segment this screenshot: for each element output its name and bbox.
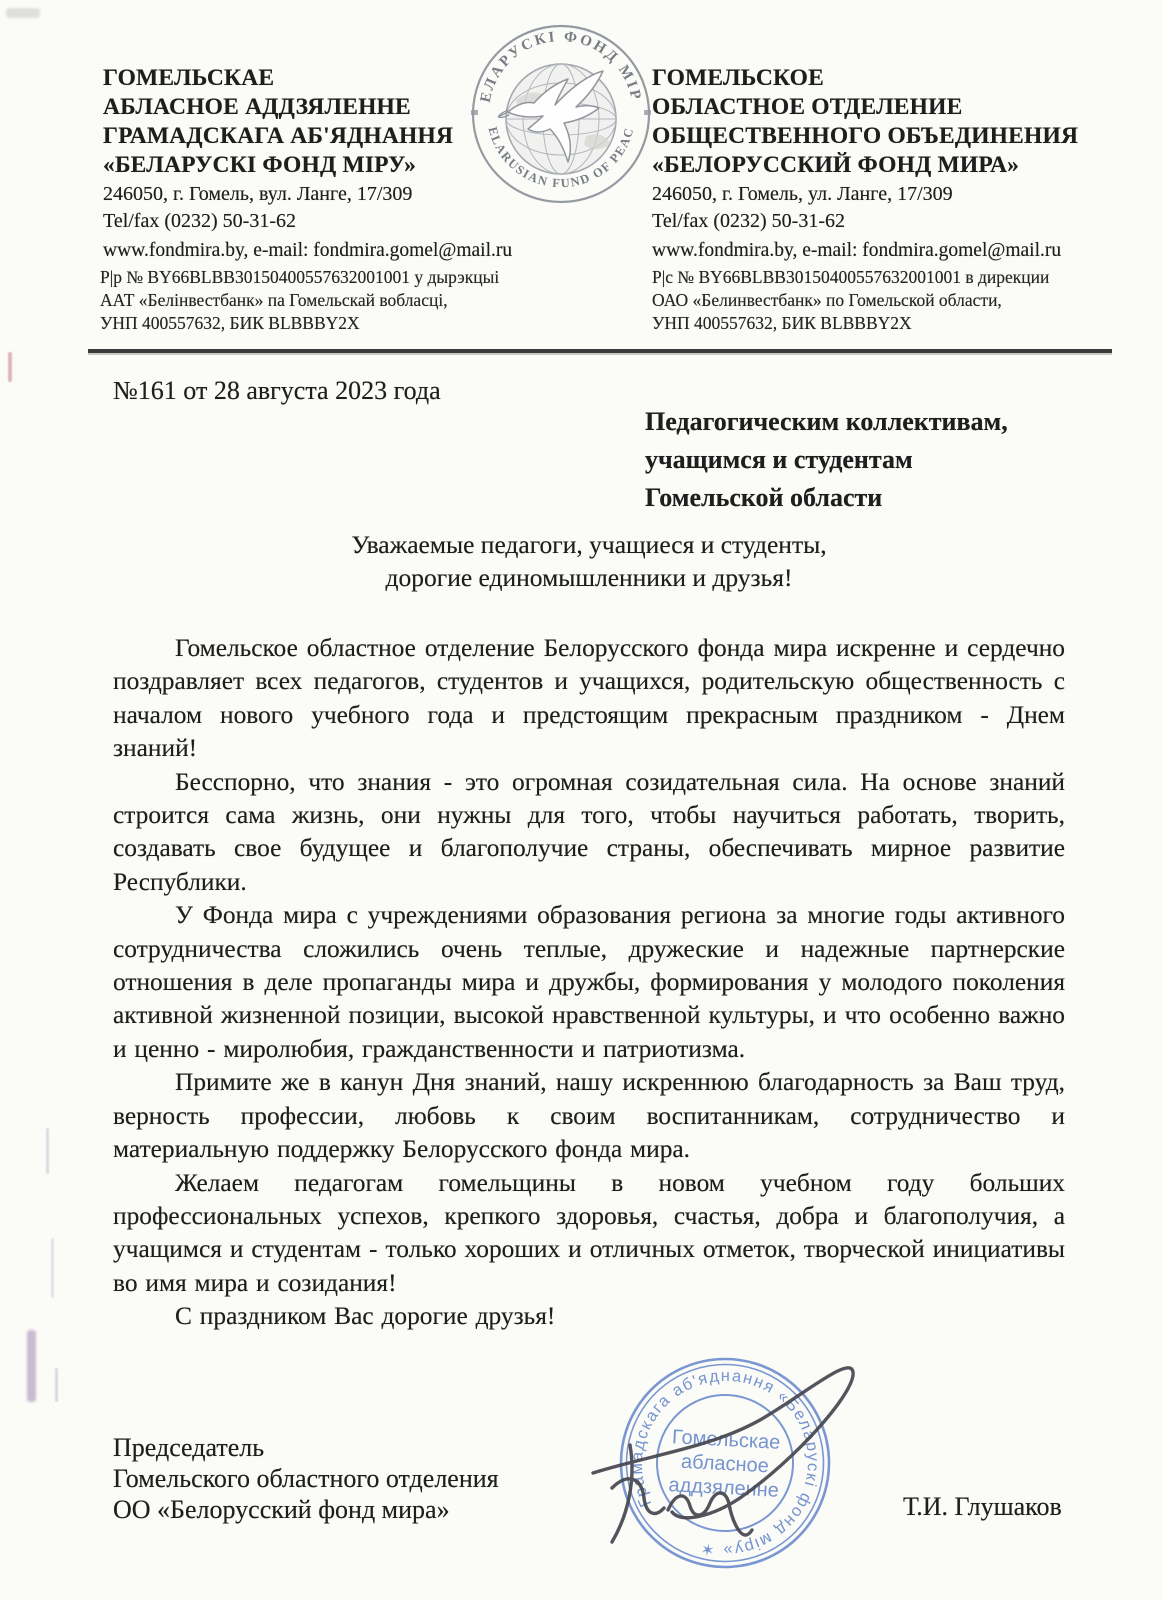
org-line: ГОМЕЛЬСКОЕ — [652, 64, 1082, 93]
web-email-line-left: www.fondmira.by, e-mail: fondmira.gomel@… — [103, 240, 512, 262]
salutation-line: дорогие единомышленники и друзья! — [113, 561, 1065, 594]
address-line: 246050, г. Гомель, ул. Ланге, 17/309 — [652, 181, 953, 208]
signature-strokes-icon — [575, 1330, 875, 1560]
bank-details-right: Р|с № BY66BLBB30150400557632001001 в дир… — [652, 266, 1049, 335]
addressee-line: Педагогическим коллективам, — [645, 403, 1008, 441]
body-paragraph: Примите же в канун Дня знаний, нашу искр… — [113, 1066, 1065, 1166]
salutation-line: Уважаемые педагоги, учащиеся и студенты, — [113, 528, 1065, 561]
header-divider — [88, 349, 1112, 353]
body-paragraph: Желаем педагогам гомельщины в новом учеб… — [113, 1167, 1065, 1301]
letter-body: Гомельское областное отделение Белорусск… — [113, 632, 1065, 1334]
phone-line: Tel/fax (0232) 50-31-62 — [103, 208, 412, 235]
address-block-right: 246050, г. Гомель, ул. Ланге, 17/309 Tel… — [652, 181, 953, 235]
scan-streak-4 — [55, 1368, 58, 1402]
org-line: «БЕЛОРУССКИЙ ФОНД МИРА» — [652, 151, 1082, 180]
closing-line: С праздником Вас дорогие друзья! — [113, 1300, 1065, 1333]
org-name-belarusian: ГОМЕЛЬСКАЕ АБЛАСНОЕ АДДЗЯЛЕННЕ ГРАМАДСКА… — [103, 64, 463, 180]
org-name-russian: ГОМЕЛЬСКОЕ ОБЛАСТНОЕ ОТДЕЛЕНИЕ ОБЩЕСТВЕН… — [652, 64, 1082, 180]
handwritten-signature — [575, 1330, 875, 1560]
addressee-block: Педагогическим коллективам, учащимся и с… — [645, 403, 1008, 517]
signer-title-block: Председатель Гомельского областного отде… — [113, 1432, 499, 1525]
org-line: ОБЩЕСТВЕННОГО ОБЪЕДИНЕНИЯ — [652, 122, 1082, 151]
peace-fund-emblem: БЕЛАРУСКІ ФОНД МІРУ BELARUSIAN FUND OF P… — [468, 20, 654, 208]
address-line: 246050, г. Гомель, вул. Ланге, 17/309 — [103, 181, 412, 208]
signer-title-line: Гомельского областного отделения — [113, 1463, 499, 1494]
scan-smudge-top — [6, 8, 40, 18]
org-line: «БЕЛАРУСКІ ФОНД МІРУ» — [103, 151, 463, 180]
scan-mark-red — [8, 352, 12, 382]
scanned-letter-page: ГОМЕЛЬСКАЕ АБЛАСНОЕ АДДЗЯЛЕННЕ ГРАМАДСКА… — [0, 0, 1163, 1600]
bank-line: ОАО «Белинвестбанк» по Гомельской област… — [652, 289, 1049, 312]
bank-line: УНП 400557632, БИК BLBBBY2X — [652, 312, 1049, 335]
bank-line: Р|р № BY66BLBB30150400557632001001 у дыр… — [100, 266, 499, 289]
org-line: ГОМЕЛЬСКАЕ — [103, 64, 463, 93]
phone-line: Tel/fax (0232) 50-31-62 — [652, 208, 953, 235]
org-line: ОБЛАСТНОЕ ОТДЕЛЕНИЕ — [652, 93, 1082, 122]
bank-line: Р|с № BY66BLBB30150400557632001001 в дир… — [652, 266, 1049, 289]
addressee-line: Гомельской области — [645, 479, 1008, 517]
org-line: АБЛАСНОЕ АДДЗЯЛЕННЕ — [103, 93, 463, 122]
signer-title-line: ОО «Белорусский фонд мира» — [113, 1494, 499, 1525]
body-paragraph: У Фонда мира с учреждениями образования … — [113, 899, 1065, 1066]
org-line: ГРАМАДСКАГА АБ'ЯДНАННЯ — [103, 122, 463, 151]
bank-line: ААТ «Белінвестбанк» па Гомельскай воблас… — [100, 289, 499, 312]
signer-name: Т.И. Глушаков — [903, 1492, 1062, 1522]
bank-line: УНП 400557632, БИК BLBBBY2X — [100, 312, 499, 335]
scan-streak-1 — [46, 1128, 49, 1174]
scan-streak-3 — [27, 1330, 36, 1402]
reference-date-line: №161 от 28 августа 2023 года — [113, 376, 441, 406]
body-paragraph: Бесспорно, что знания - это огромная соз… — [113, 766, 1065, 900]
salutation: Уважаемые педагоги, учащиеся и студенты,… — [113, 528, 1065, 594]
signer-title-line: Председатель — [113, 1432, 499, 1463]
scan-streak-2 — [51, 1238, 54, 1298]
body-paragraph: Гомельское областное отделение Белорусск… — [113, 632, 1065, 766]
dove-globe-logo-icon: БЕЛАРУСКІ ФОНД МІРУ BELARUSIAN FUND OF P… — [468, 20, 654, 208]
address-block-left: 246050, г. Гомель, вул. Ланге, 17/309 Te… — [103, 181, 412, 235]
bank-details-left: Р|р № BY66BLBB30150400557632001001 у дыр… — [100, 266, 499, 335]
addressee-line: учащимся и студентам — [645, 441, 1008, 479]
web-email-line-right: www.fondmira.by, e-mail: fondmira.gomel@… — [652, 240, 1061, 262]
